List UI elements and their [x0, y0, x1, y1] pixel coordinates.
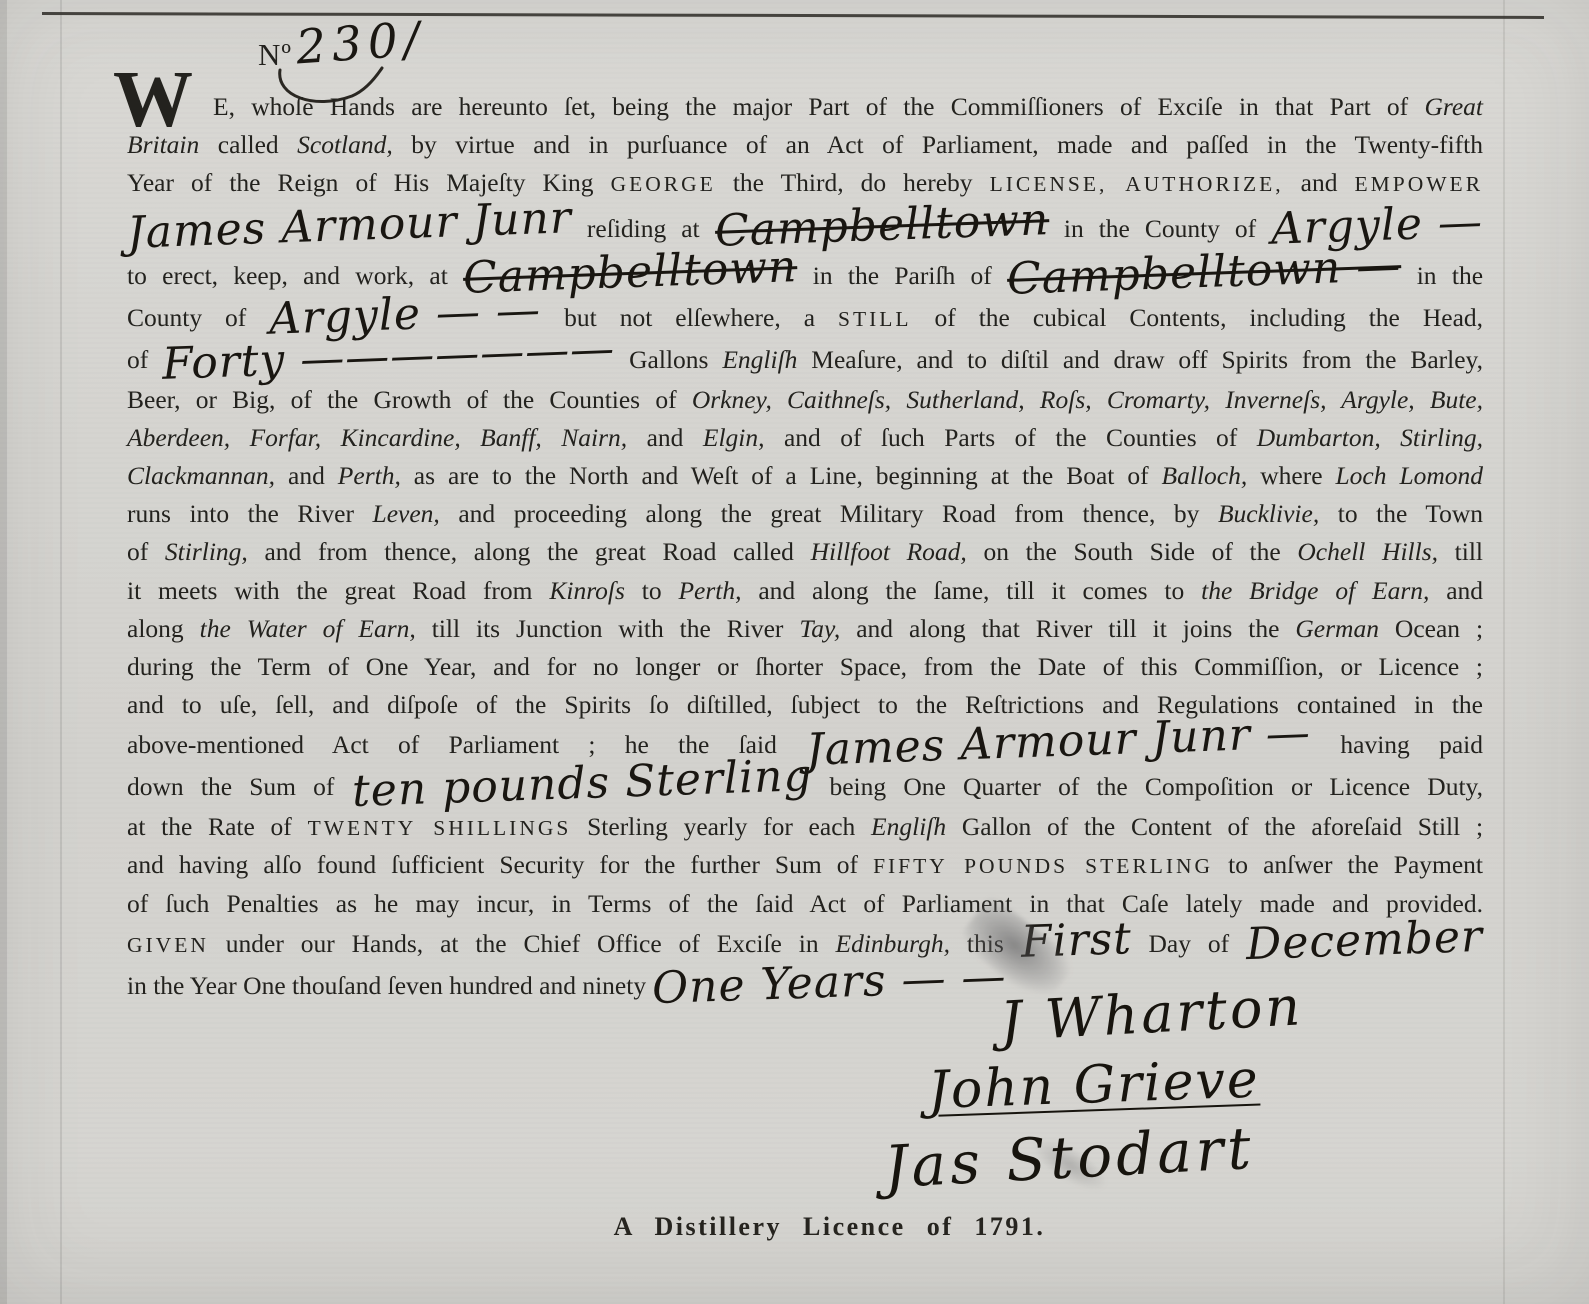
printed-text: Beer, or Big, of the Growth of the Count… [127, 385, 677, 414]
printed-text: Clackmannan, [127, 461, 275, 490]
printed-text: and along the ſame, till it comes to [758, 576, 1184, 605]
caption: A Distillery Licence of 1791. [0, 1212, 1589, 1242]
printed-text: and having alſo found ſufficient Securit… [127, 850, 858, 879]
handwritten-text: ten pounds Sterling [351, 754, 813, 814]
printed-text: of ſuch Penalties as he may incur, in Te… [127, 889, 1483, 918]
printed-text: Engliſh [871, 812, 946, 841]
document-line: of Stirling, and from thence, along the … [127, 533, 1483, 571]
printed-text: till its Junction with the River [432, 614, 784, 643]
printed-text: and of ſuch Parts of the Counties of [784, 423, 1237, 452]
printed-text: the Third, do hereby [733, 168, 973, 197]
printed-text: Sterling yearly for each [587, 812, 855, 841]
printed-text: in the Year One thouſand ſeven hundred a… [127, 971, 646, 1000]
printed-text: Meaſure, and to diſtil and draw off Spir… [811, 345, 1483, 374]
printed-text: Bucklivie, [1218, 499, 1319, 528]
printed-text: to [642, 576, 662, 605]
printed-text: Stirling, [165, 537, 248, 566]
document-line: along the Water of Earn, till its Juncti… [127, 610, 1483, 648]
signature-commissioner-3: Jas Stodart [883, 1109, 1392, 1199]
printed-text: Engliſh [722, 345, 797, 374]
document-body: W E, whoſe Hands are hereunto ſet, being… [127, 88, 1483, 1007]
printed-text: of [127, 345, 148, 374]
printed-text: GEORGE [611, 172, 716, 196]
printed-text: by virtue and in purſuance of an Act of … [411, 130, 1483, 159]
printed-text: Loch Lomond [1335, 461, 1483, 490]
printed-text: down the Sum of [127, 772, 334, 801]
printed-text: GIVEN [127, 933, 209, 957]
printed-text: runs into the River [127, 499, 354, 528]
printed-text: till [1455, 537, 1483, 566]
document-line: Clackmannan, and Perth, as are to the No… [127, 457, 1483, 495]
printed-text: Perth, [338, 461, 401, 490]
printed-text: in the Pariſh of [813, 261, 992, 290]
printed-text: Leven, [373, 499, 440, 528]
printed-text: during the Term of One Year, and for no … [127, 652, 1483, 681]
printed-text: the Bridge of Earn, [1201, 576, 1429, 605]
printed-text: reſiding at [587, 214, 700, 243]
printed-text: to anſwer the Payment [1228, 850, 1483, 879]
document-line: Britain called Scotland, by virtue and i… [127, 126, 1483, 164]
handwritten-text: James Armour Junr [126, 196, 572, 256]
printed-text: under our Hands, at the Chief Office of … [226, 929, 819, 958]
printed-text: Scotland, [297, 130, 393, 159]
printed-text: and along that River till it joins the [856, 614, 1279, 643]
dropcap-letter: W [113, 60, 193, 140]
document-line: E, whoſe Hands are hereunto ſet, being t… [127, 88, 1483, 126]
signature-block: J Wharton John Grieve Jas Stodart [870, 982, 1390, 1186]
printed-text: County of [127, 303, 246, 332]
printed-text: Aberdeen, Forfar, Kincardine, Banff, Nai… [127, 423, 627, 452]
document-line: it meets with the great Road from Kinroſ… [127, 572, 1483, 610]
printed-text: to the Town [1338, 499, 1483, 528]
printed-text: to erect, keep, and work, at [127, 261, 448, 290]
printed-text: and [647, 423, 684, 452]
printed-text: as are to the North and Weſt of a Line, … [414, 461, 1149, 490]
printed-text: Tay, [799, 614, 840, 643]
document-line: Aberdeen, Forfar, Kincardine, Banff, Nai… [127, 419, 1483, 457]
fold-line-right [1503, 0, 1505, 1304]
document-line: at the Rate of TWENTY SHILLINGS Sterling… [127, 808, 1483, 846]
printed-text: Gallon of the Content of the aforeſaid S… [962, 812, 1483, 841]
printed-text: Dumbarton, Stirling, [1257, 423, 1483, 452]
printed-text: in the County of [1064, 214, 1256, 243]
printed-text: along [127, 614, 184, 643]
printed-text: TWENTY SHILLINGS [308, 816, 572, 840]
printed-text: Hillfoot Road, [811, 537, 967, 566]
printed-text: Great [1424, 92, 1483, 121]
fold-line-left [60, 0, 62, 1304]
signature-commissioner-2: John Grieve [927, 1047, 1391, 1120]
printed-text: having paid [1340, 730, 1483, 759]
printed-text: Perth, [678, 576, 741, 605]
printed-text: FIFTY POUNDS STERLING [873, 854, 1213, 878]
printed-text: STILL [838, 307, 912, 331]
document-line: Beer, or Big, of the Growth of the Count… [127, 381, 1483, 419]
printed-text: and proceeding along the great Military … [458, 499, 1199, 528]
printed-text: where [1260, 461, 1322, 490]
printed-text: German [1295, 614, 1379, 643]
handwritten-text: December [1245, 915, 1483, 967]
printed-text: it meets with the great Road from [127, 576, 533, 605]
document-line: during the Term of One Year, and for no … [127, 648, 1483, 686]
printed-text: Ochell Hills, [1297, 537, 1438, 566]
printed-text: in the [1417, 261, 1483, 290]
printed-text: Gallons [629, 345, 708, 374]
page-edge [0, 0, 7, 1304]
document-line: runs into the River Leven, and proceedin… [127, 495, 1483, 533]
printed-text: being One Quarter of the Compoſition or … [829, 772, 1483, 801]
signature-commissioner-1: J Wharton [999, 972, 1392, 1052]
printed-text: Elgin, [703, 423, 765, 452]
printed-text: Ocean ; [1395, 614, 1483, 643]
printed-text: of [127, 537, 148, 566]
handwritten-text: Campbelltown — [1006, 244, 1402, 302]
document-line: and having alſo found ſufficient Securit… [127, 846, 1483, 884]
printed-text: called [218, 130, 279, 159]
document-line: Year of the Reign of His Majeſty King GE… [127, 164, 1483, 202]
printed-text: and from thence, along the great Road ca… [264, 537, 793, 566]
scanned-document-page: { "colors": { "paper": "#d6d5d1", "print… [0, 0, 1589, 1304]
printed-text: E, whoſe Hands are hereunto ſet, being t… [213, 92, 1408, 121]
printed-text: Day of [1148, 929, 1229, 958]
printed-text: and [288, 461, 325, 490]
document-line: of Forty ——————— Gallons Engliſh Meaſure… [127, 339, 1483, 381]
printed-text: of the cubical Contents, including the H… [935, 303, 1484, 332]
printed-text: Orkney, Caithneſs, Sutherland, Roſs, Cro… [692, 385, 1483, 414]
printed-text: Balloch, [1162, 461, 1248, 490]
handwritten-text: Forty ——————— [161, 327, 615, 387]
printed-text: at the Rate of [127, 812, 292, 841]
printed-text: on the South Side of the [983, 537, 1280, 566]
printed-text: and [1301, 168, 1338, 197]
printed-text: and [1446, 576, 1483, 605]
printed-text: Kinroſs [549, 576, 625, 605]
document-line: to erect, keep, and work, at Campbelltow… [127, 255, 1483, 297]
printed-text: LICENSE, AUTHORIZE, [990, 172, 1284, 196]
document-line: down the Sum of ten pounds Sterling bein… [127, 766, 1483, 808]
printed-text: EMPOWER [1355, 172, 1484, 196]
printed-text: the Water of Earn, [200, 614, 416, 643]
